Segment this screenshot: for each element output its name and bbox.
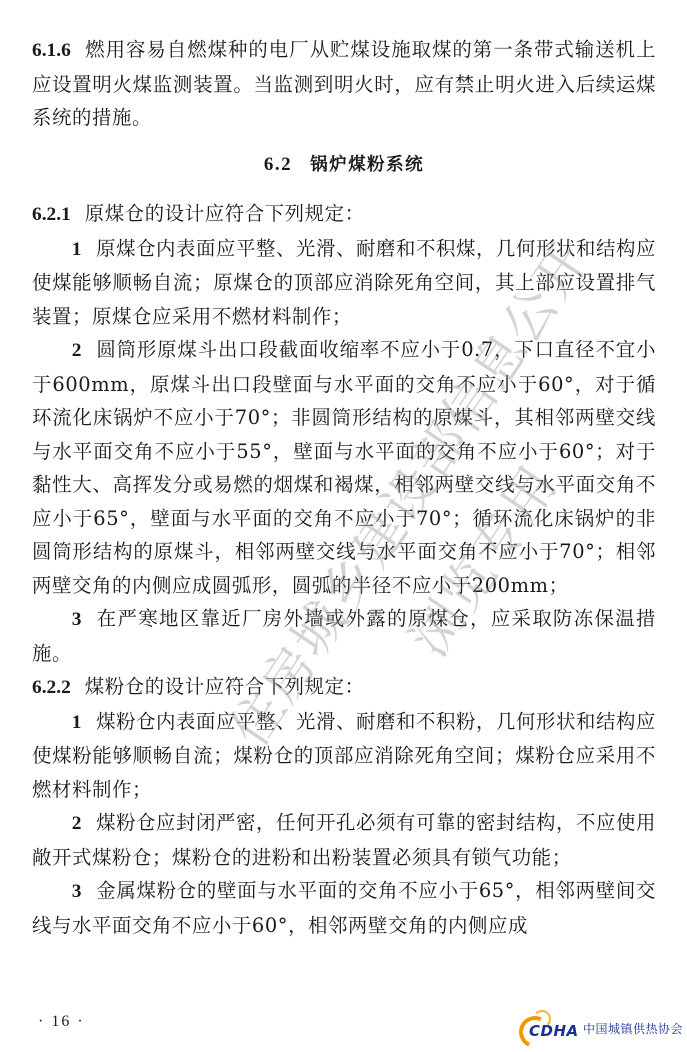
item-number: 2 [72, 813, 82, 834]
item-text: 金属煤粉仓的壁面与水平面的交角不应小于65°，相邻两壁间交线与水平面交角不应小于… [32, 879, 656, 937]
logo-abbr: CDHA [529, 1022, 579, 1040]
page-content: 6.1.6燃用容易自燃煤种的电厂从贮煤设施取煤的第一条带式输送机上应设置明火煤监… [32, 33, 656, 942]
item-text: 煤粉仓内表面应平整、光滑、耐磨和不积粉，几何形状和结构应使煤粉能够顺畅自流；煤粉… [32, 710, 656, 801]
document-page: 6.1.6燃用容易自燃煤种的电厂从贮煤设施取煤的第一条带式输送机上应设置明火煤监… [0, 0, 687, 1052]
list-item: 3在严寒地区靠近厂房外墙或外露的原煤仓，应采取防冻保温措施。 [32, 602, 656, 670]
item-number: 3 [72, 881, 82, 902]
item-text: 圆筒形原煤斗出口段截面收缩率不应小于0.7，下口直径不宜小于600mm，原煤斗出… [32, 338, 656, 597]
cdha-logo: CDHA 中国城镇供热协会 [519, 1010, 683, 1046]
clause-number: 6.2.1 [32, 204, 71, 225]
section-heading: 6.2锅炉煤粉系统 [32, 148, 656, 183]
clause-number: 6.1.6 [32, 40, 71, 61]
item-text: 在严寒地区靠近厂房外墙或外露的原煤仓，应采取防冻保温措施。 [32, 607, 656, 665]
section-number: 6.2 [264, 154, 292, 175]
clause-6-2-2: 6.2.2煤粉仓的设计应符合下列规定： [32, 670, 656, 705]
section-title: 锅炉煤粉系统 [310, 155, 424, 175]
cdha-logo-icon: CDHA [519, 1012, 577, 1044]
clause-6-1-6: 6.1.6燃用容易自燃煤种的电厂从贮煤设施取煤的第一条带式输送机上应设置明火煤监… [32, 33, 656, 135]
item-text: 原煤仓内表面应平整、光滑、耐磨和不积煤，几何形状和结构应使煤能够顺畅自流；原煤仓… [32, 237, 656, 328]
list-item: 3金属煤粉仓的壁面与水平面的交角不应小于65°，相邻两壁间交线与水平面交角不应小… [32, 874, 656, 942]
clause-number: 6.2.2 [32, 677, 71, 698]
logo-org-name: 中国城镇供热协会 [583, 1020, 683, 1037]
item-number: 1 [72, 712, 82, 733]
item-text: 煤粉仓应封闭严密，任何开孔必须有可靠的密封结构，不应使用敞开式煤粉仓；煤粉仓的进… [32, 811, 656, 869]
clause-intro: 原煤仓的设计应符合下列规定： [85, 202, 365, 225]
page-number: · 16 · [38, 1013, 85, 1031]
clause-6-2-1: 6.2.1原煤仓的设计应符合下列规定： [32, 197, 656, 232]
list-item: 2煤粉仓应封闭严密，任何开孔必须有可靠的密封结构，不应使用敞开式煤粉仓；煤粉仓的… [32, 806, 656, 874]
item-number: 2 [72, 340, 82, 361]
list-item: 1煤粉仓内表面应平整、光滑、耐磨和不积粉，几何形状和结构应使煤粉能够顺畅自流；煤… [32, 705, 656, 807]
clause-intro: 煤粉仓的设计应符合下列规定： [85, 675, 365, 698]
item-number: 3 [72, 609, 82, 630]
item-number: 1 [72, 239, 82, 260]
clause-text: 燃用容易自燃煤种的电厂从贮煤设施取煤的第一条带式输送机上应设置明火煤监测装置。当… [32, 38, 656, 129]
list-item: 2圆筒形原煤斗出口段截面收缩率不应小于0.7，下口直径不宜小于600mm，原煤斗… [32, 333, 656, 602]
list-item: 1原煤仓内表面应平整、光滑、耐磨和不积煤，几何形状和结构应使煤能够顺畅自流；原煤… [32, 232, 656, 334]
